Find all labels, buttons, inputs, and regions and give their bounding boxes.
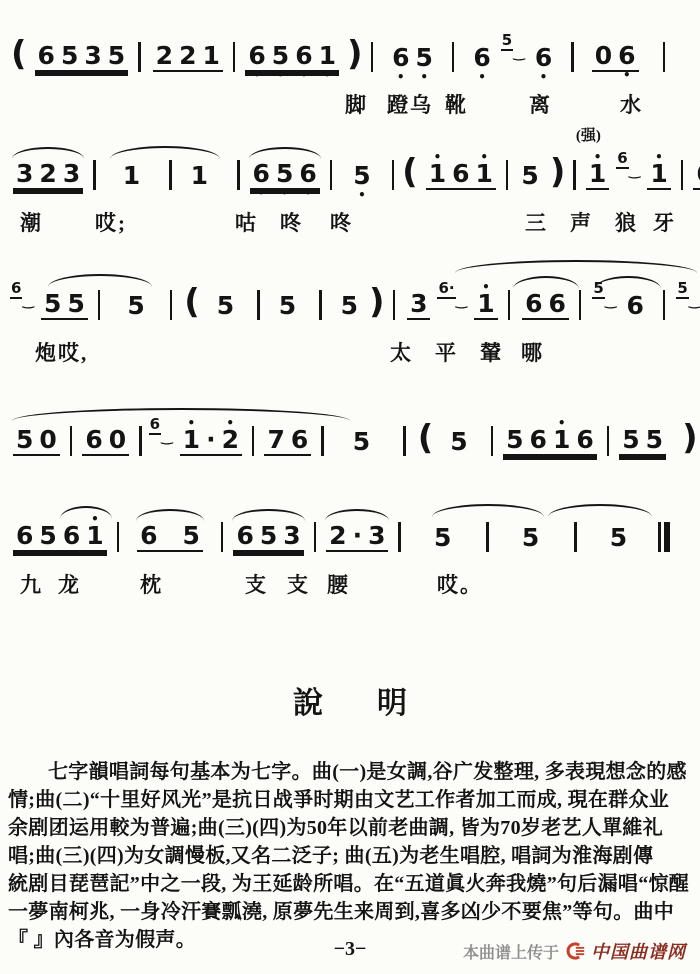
note-group: 1•	[474, 291, 497, 320]
barline	[233, 42, 236, 72]
barline	[392, 160, 395, 190]
parenthesis: (	[11, 34, 27, 74]
barline	[252, 426, 255, 456]
note-group: 06•	[592, 43, 639, 72]
note-group: 6•5•	[389, 45, 436, 70]
tie-arc	[48, 274, 152, 287]
barline	[138, 42, 141, 72]
note-group: 221	[153, 43, 223, 72]
score-system: 50606‿1•·2•765(5561•655)	[8, 362, 692, 458]
grace-note: 5‿	[676, 281, 700, 299]
barline	[403, 426, 406, 456]
lyric: 腰	[327, 569, 350, 599]
barline	[571, 42, 574, 72]
barline	[314, 522, 317, 552]
lyric: 龙	[58, 569, 81, 599]
barline	[663, 42, 666, 72]
lyrics-row: 九龙枕支支腰哎。	[8, 554, 692, 594]
lyrics-row: 潮哎;咕咚咚三声狼牙	[8, 192, 692, 232]
notes-row: (65352216•5•6•1•)6•5•6•5‿6•06•3	[8, 40, 692, 74]
barline	[393, 290, 396, 320]
score-system: (65352216•5•6•1•)6•5•6•5‿6•06•3脚蹬乌靴离水	[8, 22, 692, 114]
cqp-logo-icon	[565, 941, 585, 961]
final-barline	[658, 522, 670, 552]
lyric: 支	[287, 569, 310, 599]
barline	[607, 426, 610, 456]
octave-dot-above: •	[655, 151, 663, 163]
tie-arc	[432, 504, 544, 517]
note-group: 3	[407, 291, 430, 320]
credit-text: 本曲谱上传于	[463, 940, 559, 963]
tie-arc	[455, 260, 697, 273]
barline	[93, 160, 96, 190]
note-group: (强)1•	[586, 161, 609, 190]
octave-dot-above: •	[594, 151, 602, 163]
note-group: 6•	[470, 45, 493, 70]
dynamics-annotation: (强)	[576, 124, 601, 145]
octave-dot-above: •	[434, 151, 442, 163]
note-group: 323	[13, 161, 83, 190]
note-group: 76	[264, 427, 311, 456]
parenthesis: (	[418, 418, 434, 458]
notes-row: 50606‿1•·2•765(5561•655)	[8, 424, 692, 458]
lyric: 哎。	[437, 569, 483, 599]
note-group: 6 5	[137, 523, 203, 552]
page-footer: −3− 本曲谱上传于 中国曲谱网	[0, 938, 700, 966]
score-system: 6561•6 56532·3555九龙枕支支腰哎。	[8, 458, 692, 594]
score-system: 323116•5•6•5•(1•61•5)(强)1•6‿1•66ʼ潮哎;咕咚咚三…	[8, 114, 692, 232]
barline	[452, 42, 455, 72]
paragraph-line: 余剧团运用較为普遍;曲(三)(四)为50年以前老曲調, 皆为70岁老艺人單維礼	[8, 814, 692, 842]
tie-arc	[595, 276, 661, 289]
grace-note: 5‿	[501, 33, 525, 51]
note-group: 1•61•	[426, 161, 496, 190]
slur-arc	[12, 147, 84, 159]
note-group: 5	[431, 525, 454, 550]
tie-arc	[110, 146, 220, 159]
tie-arc	[60, 506, 112, 519]
note-group: 6•5•6•	[250, 161, 320, 190]
paragraph-line: 一夢南柯兆, 一身冷汗賽瓢澆, 原夢先生来周到,喜多凶少不要焦”等句。曲中	[8, 898, 692, 926]
note-group: 6	[623, 293, 646, 318]
note-group: 6561•	[13, 523, 107, 552]
note-group: 5	[124, 293, 147, 318]
barline	[663, 290, 666, 320]
section-title-wrap: 說明	[8, 678, 692, 722]
barline	[491, 426, 494, 456]
note-group: 1•	[647, 161, 670, 190]
note-group: 66ʼ	[693, 161, 700, 190]
barline	[117, 522, 120, 552]
barline	[506, 160, 509, 190]
barline	[70, 426, 73, 456]
note-group: 55	[41, 291, 88, 320]
score-system: 6‿555(555)36·‿1•665‿65‿6炮哎,太平輦哪	[8, 232, 692, 362]
barline	[486, 522, 489, 552]
note-group: 1	[188, 163, 211, 188]
site-name: 中国曲谱网	[591, 938, 686, 964]
notes-row: 6‿555(555)36·‿1•665‿65‿6	[8, 288, 692, 322]
paragraph-line: 情;曲(二)“十里好风光”是抗日战爭时期由文艺工作者加工而成, 現在群众业	[8, 786, 692, 814]
paragraph-line: 七字韻唱詞每句基本为七字。曲(一)是女調,谷广发整理, 多表現想念的感	[8, 758, 692, 786]
barline	[139, 426, 142, 456]
music-score: (65352216•5•6•1•)6•5•6•5‿6•06•3脚蹬乌靴离水323…	[8, 22, 692, 594]
slur-arc	[136, 509, 204, 521]
parenthesis: )	[682, 418, 698, 458]
lyrics-row: 炮哎,太平輦哪	[8, 322, 692, 362]
note-group: 1•·2•	[180, 427, 242, 456]
note-group: 5•	[350, 163, 373, 188]
lyric: 九	[20, 569, 43, 599]
parenthesis: )	[347, 34, 363, 74]
notes-row: 6561•6 56532·3555	[8, 520, 692, 554]
barline	[169, 160, 172, 190]
barline	[170, 290, 173, 320]
note-group: 5	[350, 429, 373, 454]
grace-note: 6‿	[10, 281, 34, 299]
paragraph-line: 唱;曲(三)(四)为女調慢板,又名二泛子; 曲(五)为老生唱腔, 唱詞为淮海剧傳	[8, 842, 692, 870]
note-group: 5	[338, 293, 361, 318]
barline	[330, 160, 333, 190]
parenthesis: )	[550, 152, 566, 192]
grace-note: 6·‿	[437, 281, 467, 299]
grace-note: 6‿	[616, 151, 640, 169]
explanation-paragraph: 七字韻唱詞每句基本为七字。曲(一)是女調,谷广发整理, 多表現想念的感情;曲(二…	[8, 758, 692, 954]
page-number: −3−	[334, 938, 367, 961]
lyric: 枕	[140, 569, 163, 599]
slur-arc	[249, 147, 321, 159]
barline	[574, 522, 577, 552]
note-group: 5	[214, 293, 237, 318]
parenthesis: (	[402, 152, 418, 192]
tie-arc	[12, 408, 350, 421]
footer-credit: 本曲谱上传于 中国曲谱网	[463, 938, 686, 964]
note-group: 5	[276, 293, 299, 318]
note-group: 60	[82, 427, 129, 456]
barline	[319, 290, 322, 320]
note-group: 561•6	[503, 427, 597, 456]
barline	[579, 290, 582, 320]
note-group: 66	[522, 291, 569, 320]
note-group: 653	[233, 523, 303, 552]
barline	[221, 522, 224, 552]
lyric: 支	[245, 569, 268, 599]
slur-arc	[232, 509, 304, 521]
barline	[257, 290, 260, 320]
parenthesis: (	[184, 282, 200, 322]
notes-row: 323116•5•6•5•(1•61•5)(强)1•6‿1•66ʼ	[8, 158, 692, 192]
barline	[321, 426, 324, 456]
note-group: 50	[13, 427, 60, 456]
note-group: 5	[607, 525, 630, 550]
tie-arc	[548, 504, 652, 517]
score-page: (65352216•5•6•1•)6•5•6•5‿6•06•3脚蹬乌靴离水323…	[0, 0, 700, 974]
octave-dot-above: •	[558, 417, 566, 429]
barline	[508, 290, 511, 320]
note-group: 5	[518, 163, 541, 188]
barline	[371, 42, 374, 72]
note-group: 5	[519, 525, 542, 550]
note-group: 6•	[532, 45, 555, 70]
slur-arc	[325, 509, 389, 521]
paragraph-line: 統剧目琵琶記”中之一段, 为王延龄所唱。在“五道眞火奔我燒”句后漏唱“惊醒	[8, 870, 692, 898]
note-group: 1	[120, 163, 143, 188]
barline	[573, 160, 576, 190]
octave-dot-above: •	[480, 151, 488, 163]
note-group: 2·3	[326, 523, 388, 552]
barline	[398, 522, 401, 552]
barline	[681, 160, 684, 190]
barline	[98, 290, 101, 320]
tie-arc	[513, 276, 579, 289]
octave-dot-above: •	[482, 281, 490, 293]
note-group: 6535	[35, 43, 129, 72]
note-group: 6•5•6•1•	[245, 43, 339, 72]
note-group: 55	[619, 427, 666, 456]
note-group: 5	[447, 429, 470, 454]
parenthesis: )	[369, 282, 385, 322]
lyrics-row: 脚蹬乌靴离水	[8, 74, 692, 114]
section-title: 說明	[293, 678, 461, 722]
barline	[237, 160, 240, 190]
